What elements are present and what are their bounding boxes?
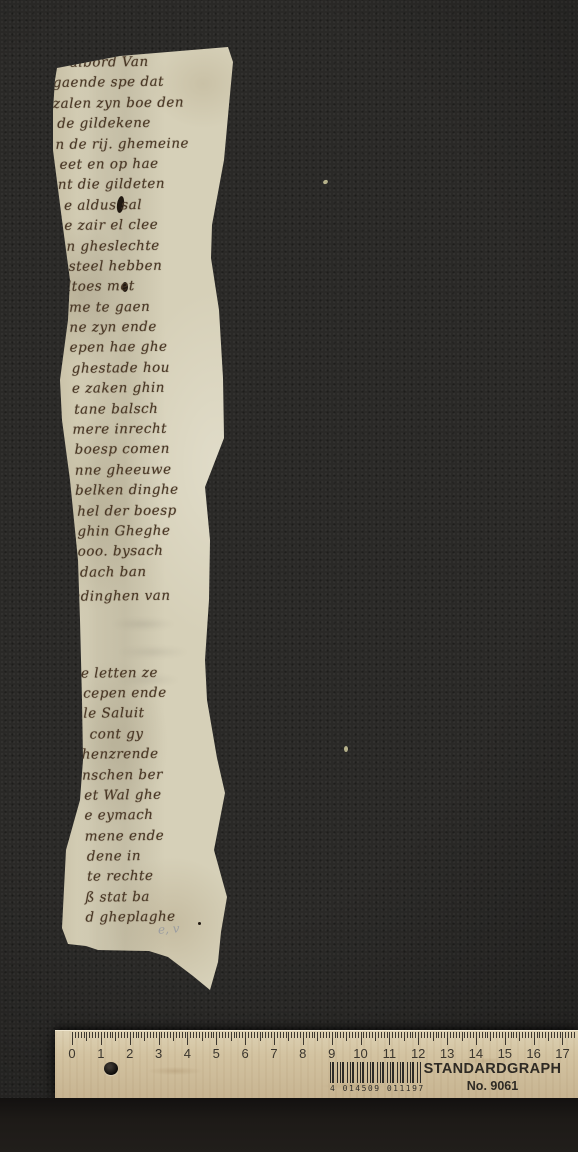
ruler-tick (320, 1032, 321, 1038)
manuscript-line: mere inrecht (52, 418, 236, 440)
ruler-tick (317, 1032, 318, 1041)
ruler-tick (438, 1032, 439, 1038)
ruler-cm-label: 7 (270, 1046, 277, 1061)
ruler-tick (170, 1032, 171, 1038)
manuscript-line: te rechte (57, 865, 241, 887)
ruler-tick (193, 1032, 194, 1038)
ruler-tick (531, 1032, 532, 1038)
ruler-cm-label: 0 (68, 1046, 75, 1061)
manuscript-line: nschen ber (56, 764, 240, 786)
manuscript-line: mene ende (57, 825, 241, 847)
manuscript-line: boesp comen (53, 438, 237, 460)
manuscript-line: ghestade hou (52, 357, 236, 379)
ruler-tick (525, 1032, 526, 1038)
barcode: 4 014509 011197 (330, 1062, 422, 1093)
ruler-tick (508, 1032, 509, 1038)
ruler-tick (312, 1032, 313, 1038)
ruler-tick (551, 1032, 552, 1038)
ruler-tick (124, 1032, 125, 1038)
ruler-tick (190, 1032, 191, 1038)
ruler-tick (346, 1032, 347, 1041)
manuscript-line: d gheplaghe (57, 906, 241, 928)
ruler-tick (150, 1032, 151, 1038)
ruler-tick (363, 1032, 364, 1038)
ruler-tick (424, 1032, 425, 1038)
ruler-tick (81, 1032, 82, 1038)
manuscript-line: e eymach (56, 804, 240, 826)
manuscript-line: steel hebben (51, 255, 235, 277)
ruler-cm-label: 10 (353, 1046, 367, 1061)
photograph: e albord Vangaende spe datzalen zyn boe … (0, 0, 578, 1152)
ruler-tick (459, 1032, 460, 1038)
ruler-tick (467, 1032, 468, 1038)
ruler-tick (513, 1032, 514, 1038)
ruler-tick (323, 1032, 324, 1038)
ruler-tick (447, 1032, 448, 1045)
ruler-tick (571, 1032, 572, 1038)
ruler-tick (92, 1032, 93, 1038)
lower-backdrop (0, 1098, 578, 1152)
ruler-tick (490, 1032, 491, 1041)
ruler-tick (389, 1032, 390, 1045)
ruler-tick (470, 1032, 471, 1038)
ruler-tick (277, 1032, 278, 1038)
ruler-tick (95, 1032, 96, 1038)
ruler-tick (462, 1032, 463, 1041)
ruler-tick (78, 1032, 79, 1038)
ruler-tick (511, 1032, 512, 1038)
ruler-tick (337, 1032, 338, 1038)
manuscript-line: ne zyn ende (51, 316, 235, 338)
ruler-tick (115, 1032, 116, 1041)
ruler-tick (381, 1032, 382, 1038)
ruler-cm-label: 5 (213, 1046, 220, 1061)
ruler-tick (519, 1032, 520, 1041)
ruler-tick (86, 1032, 87, 1041)
ruler-tick (242, 1032, 243, 1038)
ruler-tick (234, 1032, 235, 1038)
manuscript-line: e zaken ghin (52, 377, 236, 399)
ruler-tick (309, 1032, 310, 1038)
ruler-tick (187, 1032, 188, 1045)
ruler-tick (280, 1032, 281, 1038)
ruler-cm-label: 2 (126, 1046, 133, 1061)
ruler-tick (182, 1032, 183, 1038)
manuscript-line: ltoes met (51, 275, 235, 297)
ruler-tick (375, 1032, 376, 1041)
ruler-tick (130, 1032, 131, 1045)
ruler-tick (156, 1032, 157, 1038)
ruler-tick (473, 1032, 474, 1038)
ruler-tick (303, 1032, 304, 1045)
ruler-tick (138, 1032, 139, 1038)
ruler-tick (366, 1032, 367, 1038)
ruler-tick (539, 1032, 540, 1038)
ruler-tick (476, 1032, 477, 1045)
ruler-tick (199, 1032, 200, 1038)
ruler-tick (387, 1032, 388, 1038)
ruler-tick (522, 1032, 523, 1038)
ruler-tick (141, 1032, 142, 1038)
ruler-tick (127, 1032, 128, 1038)
ruler-tick (398, 1032, 399, 1038)
brand-label: STANDARDGRAPH (415, 1061, 570, 1077)
ruler-tick (378, 1032, 379, 1038)
manuscript-line: tane balsch (52, 398, 236, 420)
ruler-tick (534, 1032, 535, 1045)
ruler-tick (545, 1032, 546, 1038)
ruler-tick (248, 1032, 249, 1038)
manuscript-line: gaende spe dat (49, 71, 233, 93)
ruler-tick (251, 1032, 252, 1038)
ruler-tick (159, 1032, 160, 1045)
ruler-tick (257, 1032, 258, 1038)
ruler-tick (265, 1032, 266, 1038)
ruler-cm-label: 16 (526, 1046, 540, 1061)
ruler-hole (104, 1062, 118, 1075)
ruler-tick (568, 1032, 569, 1038)
ruler-tick (161, 1032, 162, 1038)
ruler-tick (291, 1032, 292, 1038)
ruler-tick (110, 1032, 111, 1038)
ruler-tick (407, 1032, 408, 1038)
ruler-tick (75, 1032, 76, 1038)
ruler-cm-label: 17 (555, 1046, 569, 1061)
ruler-tick (401, 1032, 402, 1038)
ruler-tick (89, 1032, 90, 1038)
manuscript-line: n gheslechte (50, 235, 234, 257)
ruler-tick (262, 1032, 263, 1038)
ruler-tick (335, 1032, 336, 1038)
manuscript-line: de gildekene (49, 112, 233, 134)
ruler-tick (548, 1032, 549, 1041)
ruler-tick (216, 1032, 217, 1045)
ruler-tick (464, 1032, 465, 1038)
ruler-tick (412, 1032, 413, 1038)
ruler-tick (288, 1032, 289, 1041)
barcode-digits: 4 014509 011197 (330, 1084, 422, 1093)
ruler-tick (485, 1032, 486, 1038)
ruler-tick (133, 1032, 134, 1038)
ruler-tick (433, 1032, 434, 1041)
manuscript-line: eet en op hae (50, 153, 234, 175)
ruler-tick (392, 1032, 393, 1038)
manuscript-line: henzrende (56, 743, 240, 765)
ruler-tick (361, 1032, 362, 1045)
ruler-tick (300, 1032, 301, 1038)
ruler-tick (144, 1032, 145, 1041)
ruler-tick (208, 1032, 209, 1038)
ruler-cm-label: 9 (328, 1046, 335, 1061)
ruler-tick (254, 1032, 255, 1038)
ruler-tick (274, 1032, 275, 1045)
manuscript-line: me te gaen (51, 296, 235, 318)
ruler-tick (487, 1032, 488, 1038)
ruler-tick (332, 1032, 333, 1045)
barcode-bars (330, 1062, 422, 1083)
ruler-tick (329, 1032, 330, 1038)
ruler-tick (560, 1032, 561, 1038)
ruler-tick (236, 1032, 237, 1038)
manuscript-line: et Wal ghe (56, 784, 240, 806)
ruler-tick (352, 1032, 353, 1038)
ruler-tick (343, 1032, 344, 1038)
ruler-tick (202, 1032, 203, 1041)
ruler-cm-label: 11 (383, 1046, 397, 1061)
ruler-tick (528, 1032, 529, 1038)
ruler-tick (404, 1032, 405, 1041)
ruler-tick (537, 1032, 538, 1038)
ruler-tick (427, 1032, 428, 1038)
ruler-tick (225, 1032, 226, 1038)
ruler-tick (482, 1032, 483, 1038)
ruler-tick (306, 1032, 307, 1038)
ruler-tick (147, 1032, 148, 1038)
ruler-tick (479, 1032, 480, 1038)
ruler-tick (557, 1032, 558, 1038)
manuscript-line: dene in (57, 845, 241, 867)
ruler-tick (107, 1032, 108, 1038)
ruler-tick (418, 1032, 419, 1045)
ruler-tick (213, 1032, 214, 1038)
ruler-tick (430, 1032, 431, 1038)
ruler-tick (562, 1032, 563, 1045)
ruler-tick (450, 1032, 451, 1038)
ruler: 01234567891011121314151617 4 014509 0111… (55, 1030, 578, 1099)
ruler-tick (231, 1032, 232, 1041)
manuscript-line: ß stat ba (57, 886, 241, 908)
ruler-tick (369, 1032, 370, 1038)
ruler-tick (211, 1032, 212, 1038)
ruler-tick (219, 1032, 220, 1038)
ruler-tick (441, 1032, 442, 1038)
ruler-tick (358, 1032, 359, 1038)
ruler-tick (228, 1032, 229, 1038)
ruler-tick (268, 1032, 269, 1038)
ruler-tick (101, 1032, 102, 1045)
ruler-tick (372, 1032, 373, 1038)
ruler-tick (421, 1032, 422, 1038)
ruler-tick (456, 1032, 457, 1038)
ruler-tick (410, 1032, 411, 1038)
ruler-tick (164, 1032, 165, 1038)
ruler-tick (415, 1032, 416, 1038)
ruler-tick (185, 1032, 186, 1038)
manuscript-line: zalen zyn boe den (49, 92, 233, 114)
ruler-tick (314, 1032, 315, 1038)
ruler-tick (98, 1032, 99, 1038)
ruler-tick (294, 1032, 295, 1038)
ruler-tick (136, 1032, 137, 1038)
dust-speck (344, 746, 348, 752)
ruler-tick (222, 1032, 223, 1038)
ruler-tick (395, 1032, 396, 1038)
manuscript-line: nt die gildeten (50, 173, 234, 195)
ruler-tick (173, 1032, 174, 1041)
ruler-tick (297, 1032, 298, 1038)
manuscript-line: e aldus sal (50, 194, 234, 216)
ruler-tick (84, 1032, 85, 1038)
ruler-tick (153, 1032, 154, 1038)
ruler-tick (196, 1032, 197, 1038)
ruler-tick (493, 1032, 494, 1038)
ruler-cm-label: 14 (469, 1046, 483, 1061)
ruler-tick (72, 1032, 73, 1045)
ruler-tick (104, 1032, 105, 1038)
ruler-tick (260, 1032, 261, 1041)
ruler-tick (516, 1032, 517, 1038)
ruler-tick (502, 1032, 503, 1038)
ruler-tick (349, 1032, 350, 1038)
ruler-tick (384, 1032, 385, 1038)
ruler-cm-label: 3 (155, 1046, 162, 1061)
ruler-cm-label: 6 (241, 1046, 248, 1061)
ruler-tick (205, 1032, 206, 1038)
ruler-branding: STANDARDGRAPH No. 9061 (415, 1061, 570, 1093)
ruler-cm-label: 1 (97, 1046, 104, 1061)
ruler-tick (326, 1032, 327, 1038)
ruler-tick (499, 1032, 500, 1038)
ruler-tick (554, 1032, 555, 1038)
ruler-cm-label: 12 (411, 1046, 425, 1061)
ruler-tick (121, 1032, 122, 1038)
ruler-tick (565, 1032, 566, 1038)
ruler-tick (505, 1032, 506, 1045)
manuscript-line: e zair el clee (50, 214, 234, 236)
ruler-tick (112, 1032, 113, 1038)
ruler-tick (542, 1032, 543, 1038)
manuscript-line: n de rij. ghemeine (49, 133, 233, 155)
ruler-tick (444, 1032, 445, 1038)
ruler-cm-label: 4 (184, 1046, 191, 1061)
ruler-tick (286, 1032, 287, 1038)
ruler-tick (179, 1032, 180, 1038)
manuscript-line: epen hae ghe (51, 337, 235, 359)
ruler-cm-label: 15 (498, 1046, 512, 1061)
ruler-tick (245, 1032, 246, 1045)
ruler-cm-label: 8 (299, 1046, 306, 1061)
ruler-tick (239, 1032, 240, 1038)
ruler-tick (167, 1032, 168, 1038)
ruler-tick (176, 1032, 177, 1038)
ruler-tick (271, 1032, 272, 1038)
model-label: No. 9061 (415, 1079, 570, 1093)
ruler-tick (574, 1032, 575, 1038)
ruler-tick (340, 1032, 341, 1038)
ruler-tick (355, 1032, 356, 1038)
ruler-tick (436, 1032, 437, 1038)
ruler-tick (496, 1032, 497, 1038)
ruler-tick (453, 1032, 454, 1038)
pencil-note: e, v (158, 921, 180, 936)
ruler-tick (283, 1032, 284, 1038)
ruler-cm-label: 13 (440, 1046, 454, 1061)
ruler-tick (118, 1032, 119, 1038)
